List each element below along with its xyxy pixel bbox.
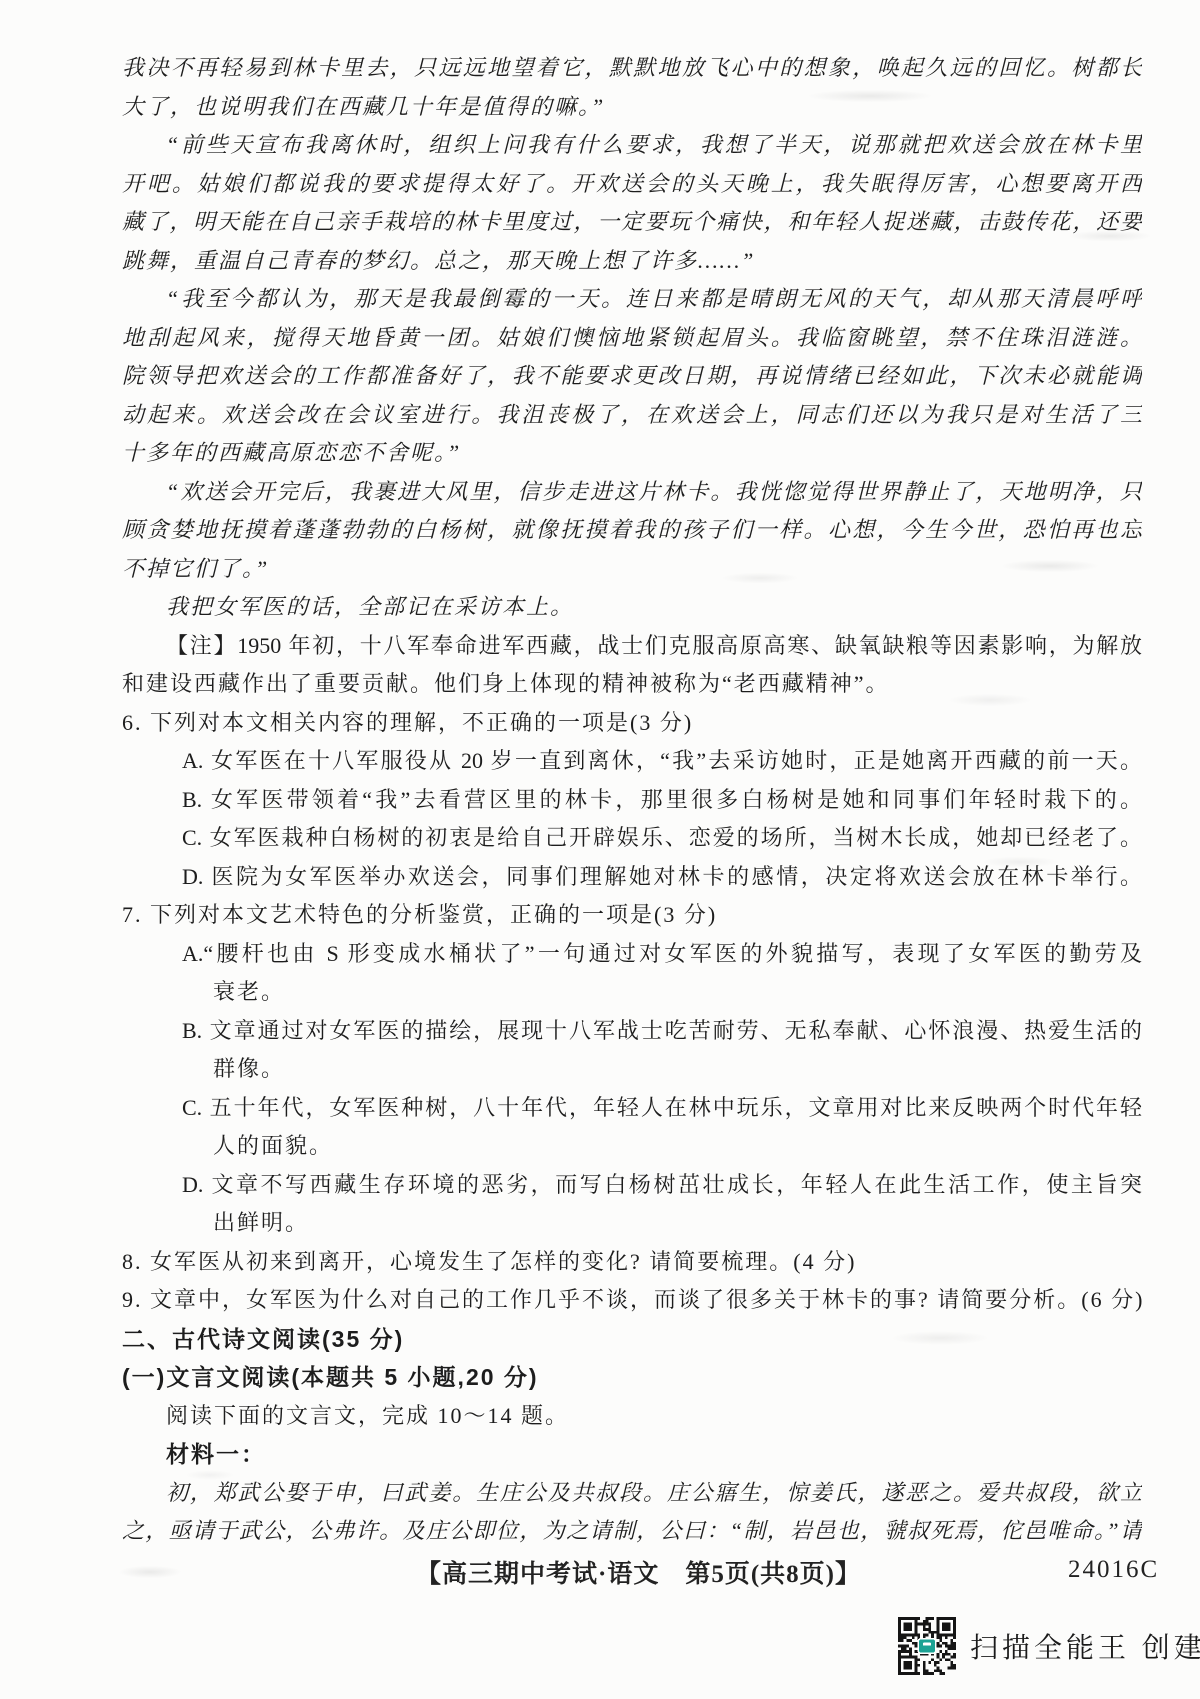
footer-page-label: 【高三期中考试·语文 第5页(共8页)】 (416, 1554, 861, 1590)
text-line: 我决不再轻易到林卡里去，只远远地望着它，默默地放飞心中的想象，唤起久远的回忆。树… (122, 49, 1142, 88)
text-line: 出鲜明。 (122, 1204, 1142, 1243)
text-line: D. 文章不写西藏生存环境的恶劣，而写白杨树茁壮成长，年轻人在此生活工作，使主旨… (122, 1166, 1142, 1205)
text-line: B. 女军医带领着“我”去看营区里的林卡，那里很多白杨树是她和同事们年轻时栽下的… (122, 781, 1142, 820)
camscanner-watermark: 扫描全能王 创建 (898, 1617, 1200, 1675)
text-line: 院领导把欢送会的工作都准备好了，我不能要求更改日期，再说情绪已经如此，下次未必就… (122, 357, 1142, 396)
text-line: 衰老。 (122, 973, 1142, 1012)
paper-code: 24016C (1068, 1556, 1159, 1584)
text-line: 大了，也说明我们在西藏几十年是值得的嘛。” (122, 88, 1142, 127)
text-line: A.“腰杆也由 S 形变成水桶状了”一句通过对女军医的外貌描写，表现了女军医的勤… (122, 935, 1142, 974)
text-line: D. 医院为女军医举办欢送会，同事们理解她对林卡的感情，决定将欢送会放在林卡举行… (122, 858, 1142, 897)
text-line: 藏了，明天能在自己亲手栽培的林卡里度过，一定要玩个痛快，和年轻人捉迷藏，击鼓传花… (122, 203, 1142, 242)
text-line: (一)文言文阅读(本题共 5 小题,20 分) (122, 1358, 1142, 1397)
text-line: C. 女军医栽种白杨树的初衷是给自己开辟娱乐、恋爱的场所，当树木长成，她却已经老… (122, 819, 1142, 858)
text-line: “前些天宣布我离休时，组织上问我有什么要求，我想了半天，说那就把欢送会放在林卡里 (122, 126, 1142, 165)
exam-text-block: 我决不再轻易到林卡里去，只远远地望着它，默默地放飞心中的想象，唤起久远的回忆。树… (122, 49, 1142, 1551)
text-line: C. 五十年代，女军医种树，八十年代，年轻人在林中玩乐，文章用对比来反映两个时代… (122, 1089, 1142, 1128)
text-line: 十多年的西藏高原恋恋不舍呢。” (122, 434, 1142, 473)
text-line: “欢送会开完后，我裹进大风里，信步走进这片林卡。我恍惚觉得世界静止了，天地明净，… (122, 473, 1142, 512)
text-line: 8. 女军医从初来到离开，心境发生了怎样的变化? 请简要梳理。(4 分) (122, 1243, 1142, 1282)
text-line: 阅读下面的文言文，完成 10～14 题。 (122, 1397, 1142, 1436)
text-line: A. 女军医在十八军服役从 20 岁一直到离休，“我”去采访她时，正是她离开西藏… (122, 742, 1142, 781)
exam-page-scan: 我决不再轻易到林卡里去，只远远地望着它，默默地放飞心中的想象，唤起久远的回忆。树… (0, 0, 1200, 1699)
text-line: 群像。 (122, 1050, 1142, 1089)
text-line: 动起来。欢送会改在会议室进行。我沮丧极了，在欢送会上，同志们还以为我只是对生活了… (122, 396, 1142, 435)
qr-code-icon (898, 1617, 956, 1675)
text-line: 我把女军医的话，全部记在采访本上。 (122, 588, 1142, 627)
text-line: 开吧。姑娘们都说我的要求提得太好了。开欢送会的头天晚上，我失眠得厉害，心想要离开… (122, 165, 1142, 204)
text-line: 地刮起风来，搅得天地昏黄一团。姑娘们懊恼地紧锁起眉头。我临窗眺望，禁不住珠泪涟涟… (122, 319, 1142, 358)
text-line: 顾贪婪地抚摸着蓬蓬勃勃的白杨树，就像抚摸着我的孩子们一样。心想，今生今世，恐怕再… (122, 511, 1142, 550)
text-line: B. 文章通过对女军医的描绘，展现十八军战士吃苦耐劳、无私奉献、心怀浪漫、热爱生… (122, 1012, 1142, 1051)
camscanner-label: 扫描全能王 创建 (970, 1626, 1200, 1666)
text-line: “我至今都认为，那天是我最倒霉的一天。连日来都是晴朗无风的天气，却从那天清晨呼呼 (122, 280, 1142, 319)
text-line: 跳舞，重温自己青春的梦幻。总之，那天晚上想了许多……” (122, 242, 1142, 281)
text-line: 7. 下列对本文艺术特色的分析鉴赏，正确的一项是(3 分) (122, 896, 1142, 935)
text-line: 和建设西藏作出了重要贡献。他们身上体现的精神被称为“老西藏精神”。 (122, 665, 1142, 704)
text-line: 6. 下列对本文相关内容的理解，不正确的一项是(3 分) (122, 704, 1142, 743)
text-line: 材料一： (122, 1435, 1142, 1474)
text-line: 人的面貌。 (122, 1127, 1142, 1166)
text-line: 【注】1950 年初，十八军奉命进军西藏，战士们克服高原高寒、缺氧缺粮等因素影响… (122, 627, 1142, 666)
text-line: 之，亟请于武公，公弗许。及庄公即位，为之请制，公曰：“制，岩邑也，虢叔死焉，佗邑… (122, 1512, 1142, 1551)
text-line: 二、古代诗文阅读(35 分) (122, 1320, 1142, 1359)
text-line: 9. 文章中，女军医为什么对自己的工作几乎不谈，而谈了很多关于林卡的事? 请简要… (122, 1281, 1142, 1320)
text-line: 初，郑武公娶于申，曰武姜。生庄公及共叔段。庄公寤生，惊姜氏，遂恶之。爱共叔段，欲… (122, 1474, 1142, 1513)
text-line: 不掉它们了。” (122, 550, 1142, 589)
